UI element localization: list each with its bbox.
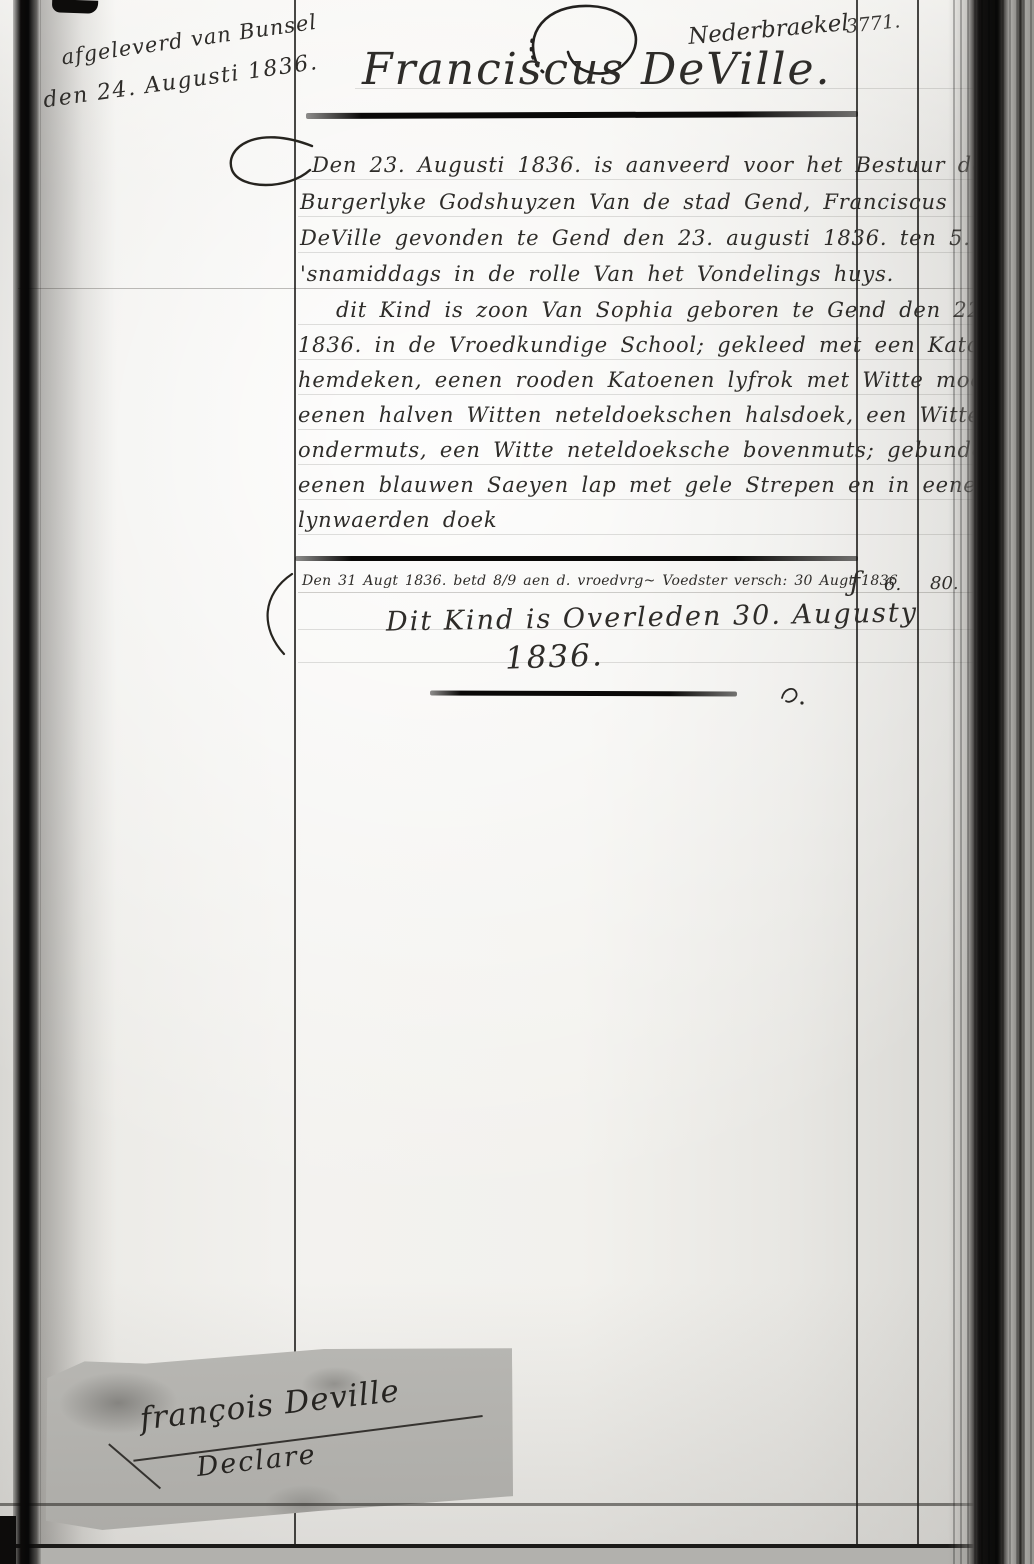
entry-line: ondermuts, een Witte neteldoeksche boven… xyxy=(298,437,1034,463)
ruling-line xyxy=(18,288,1008,289)
ruling-line xyxy=(298,464,1004,465)
death-note-line2: 1836. xyxy=(504,636,604,678)
ink-mark-icon xyxy=(776,682,808,710)
entry-line: dit Kind is zoon Van Sophia geboren te G… xyxy=(336,297,1034,323)
ruling-line xyxy=(298,179,1004,180)
entry-line: lynwaerden doek xyxy=(298,507,497,533)
flourish-paragraph-d-icon xyxy=(220,132,320,194)
ruling-line xyxy=(298,324,1004,325)
ruling-line xyxy=(298,252,1004,253)
below-page-area xyxy=(0,1548,1034,1564)
ruling-line xyxy=(298,662,1004,663)
ink-blot-top-left xyxy=(52,0,98,14)
entry-line: 'snamiddags in de rolle Van het Vondelin… xyxy=(300,261,894,287)
entry-line: 1836. in de Vroedkundige School; gekleed… xyxy=(298,332,1021,358)
left-binding-edge xyxy=(13,0,41,1564)
signature-tail-swash xyxy=(108,1443,161,1489)
register-page: afgeleverd van Bunsel den 24. Augusti 18… xyxy=(0,0,1034,1564)
gutter-shadow xyxy=(40,0,135,1564)
entry-line: hemdeken, eenen rooden Katoenen lyfrok m… xyxy=(298,367,1034,393)
slip-signature: françois Deville xyxy=(138,1372,402,1439)
ruling-line xyxy=(298,534,1004,535)
amount-gulden: 6. xyxy=(884,574,901,597)
entry-line: eenen blauwen Saeyen lap met gele Strepe… xyxy=(298,472,1034,498)
closing-rule xyxy=(430,690,737,696)
ruling-line xyxy=(298,394,1004,395)
entry-line: DeVille gevonden te Gend den 23. augusti… xyxy=(300,225,1034,251)
entry-line: eenen halven Witten neteldoekschen halsd… xyxy=(298,402,1034,428)
flourish-paren-icon xyxy=(252,570,300,658)
entry-line: Burgerlyke Godshuyzen Van de stad Gend, … xyxy=(300,189,947,215)
ruling-line xyxy=(298,359,1004,360)
right-binding-edge xyxy=(948,0,1034,1564)
entry-title: Franciscus DeVille. xyxy=(362,42,832,97)
ruling-line xyxy=(298,429,1004,430)
entry-line: Den 23. Augusti 1836. is aanveerd voor h… xyxy=(312,152,996,178)
currency-symbol: ƒ xyxy=(850,566,860,600)
ruling-line xyxy=(298,499,1004,500)
page-number: 3771. xyxy=(845,10,902,39)
shadow-bottom-left xyxy=(0,1516,16,1564)
title-underline xyxy=(306,111,858,119)
lower-horizontal-line xyxy=(0,1503,1034,1506)
payment-row-top-line xyxy=(295,556,858,561)
death-note-line1: Dit Kind is Overleden 30. Augusty xyxy=(386,596,919,639)
ruling-line xyxy=(298,216,1004,217)
margin-column-line xyxy=(294,0,296,1564)
payment-note: Den 31 Augt 1836. betd 8/9 aen d. vroedv… xyxy=(302,573,898,591)
slip-annotation: Declare xyxy=(195,1438,318,1485)
